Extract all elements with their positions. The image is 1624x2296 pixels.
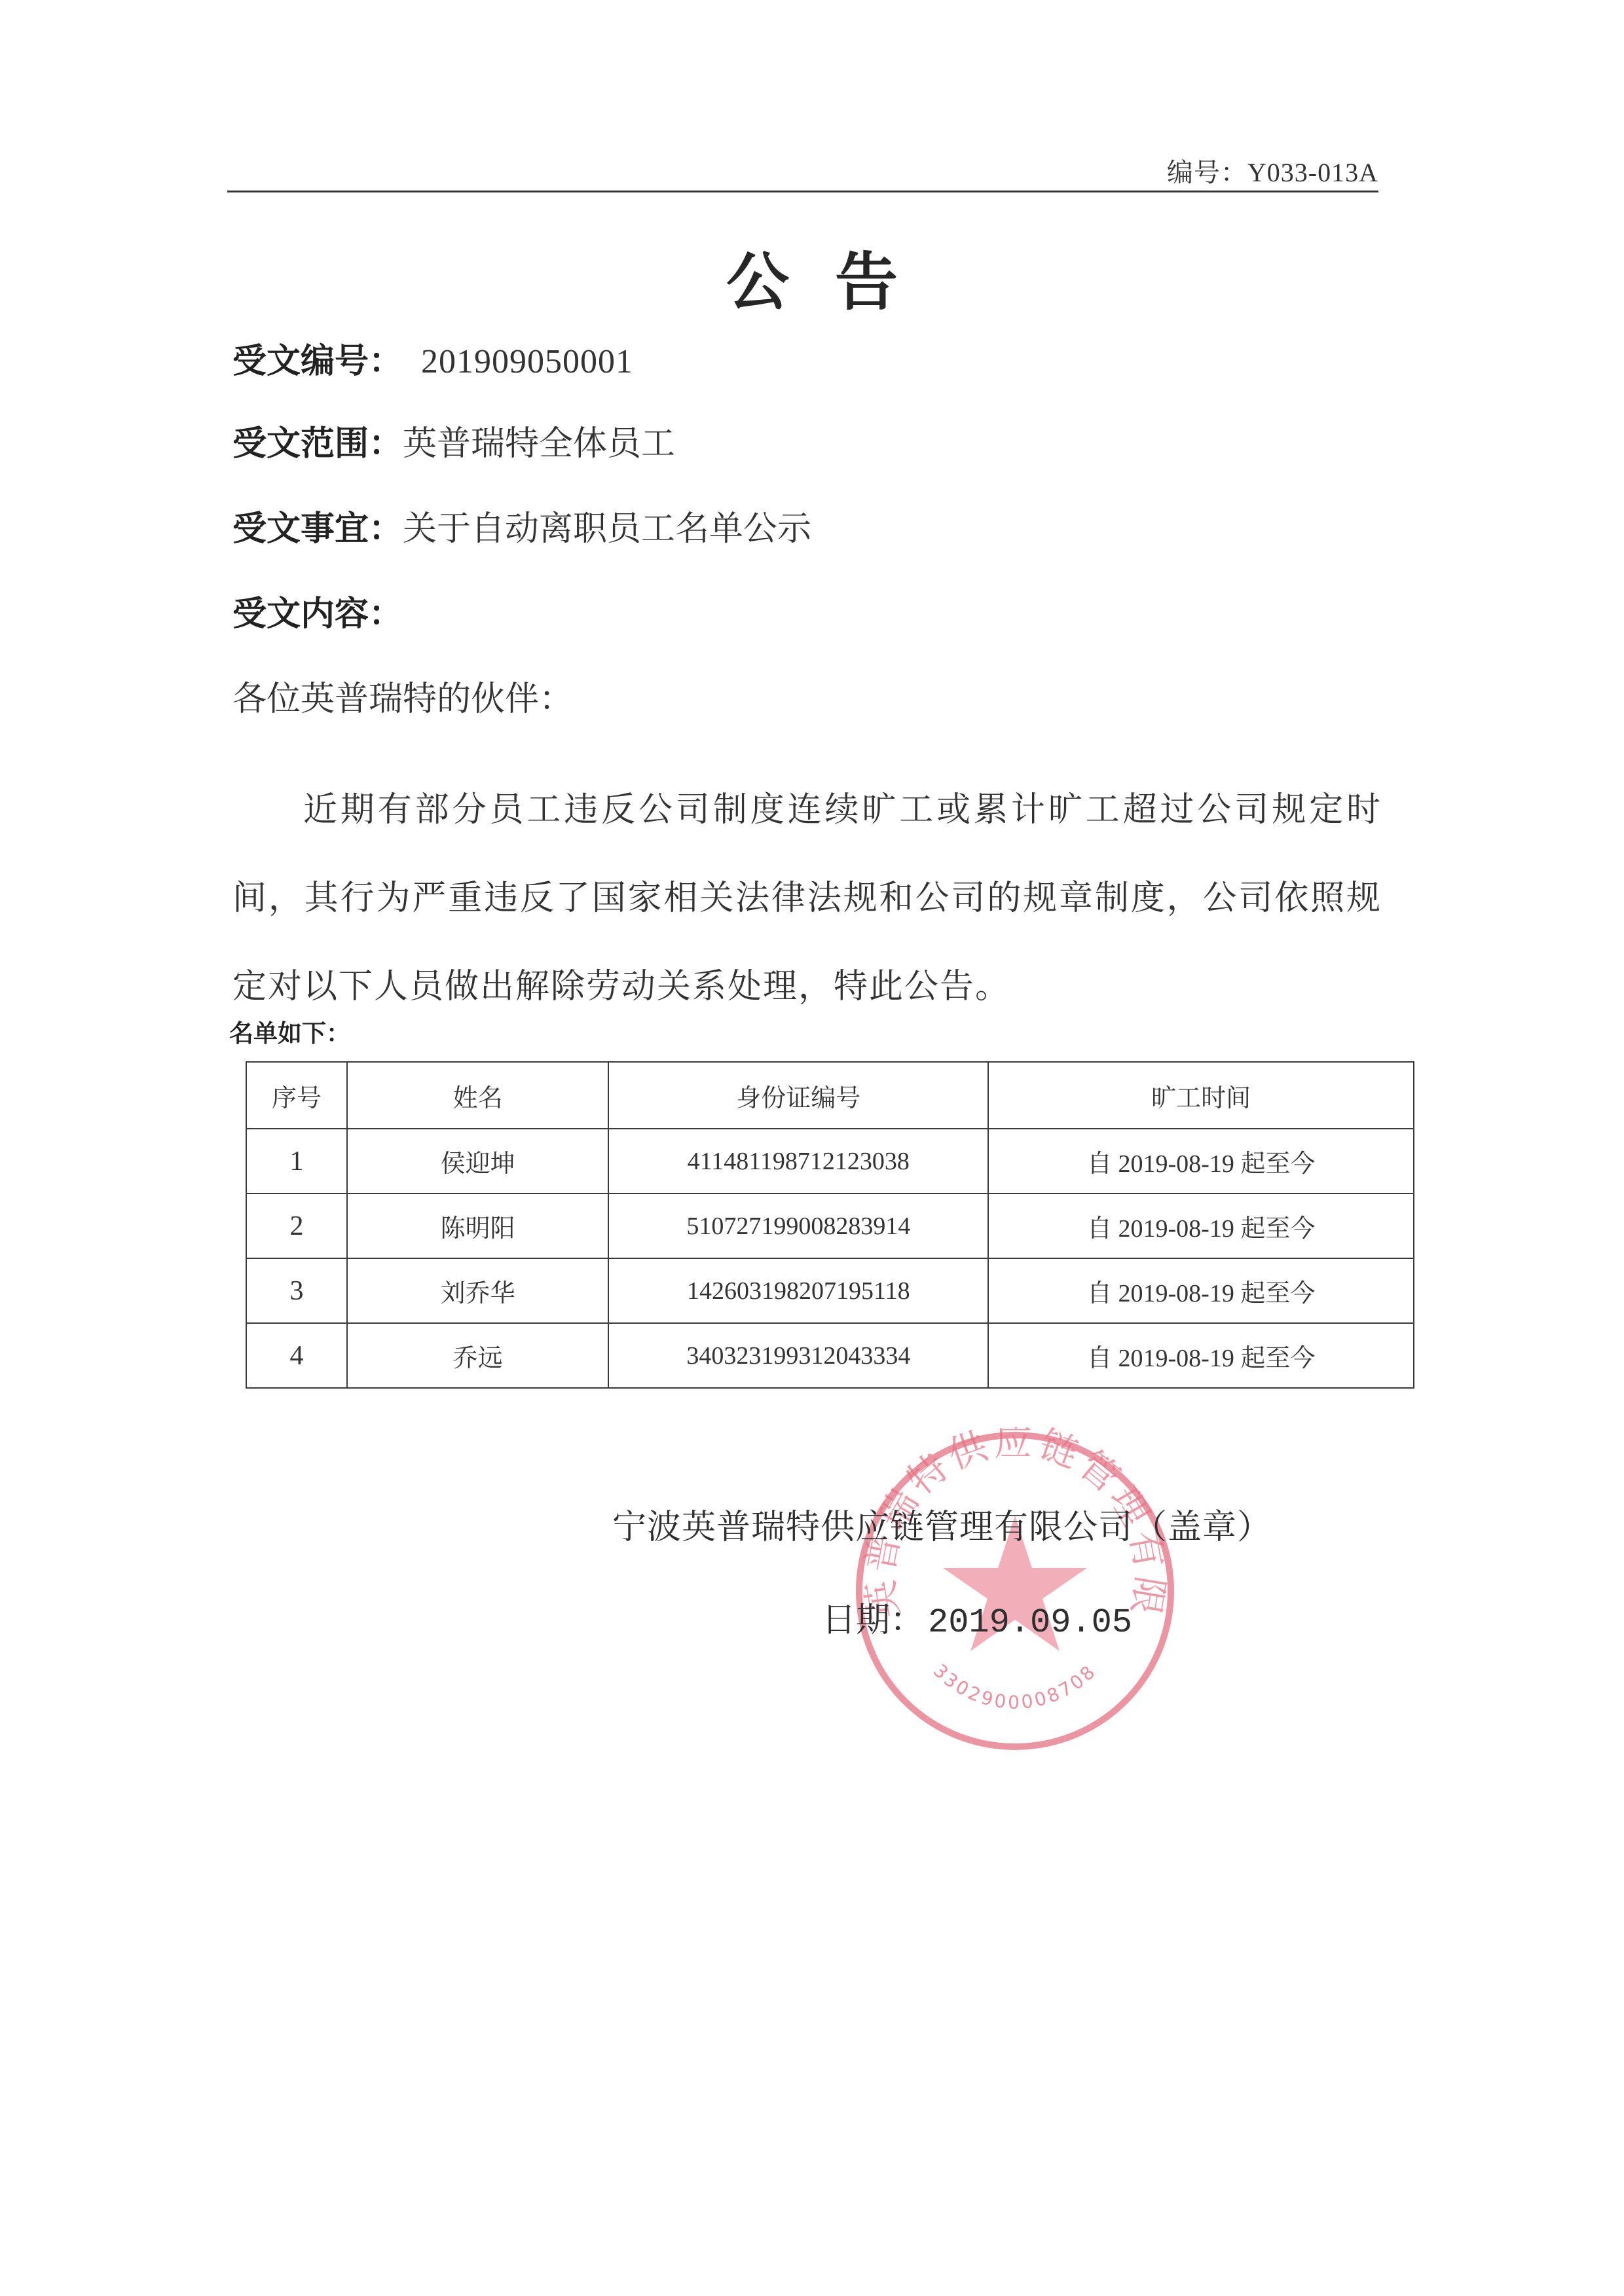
cell-index: 1 xyxy=(246,1129,347,1194)
cell-index: 4 xyxy=(246,1323,347,1388)
table-row: 1 侯迎坤 411481198712123038 自 2019-08-19 起至… xyxy=(246,1129,1414,1194)
field-value: 关于自动离职员工名单公示 xyxy=(403,509,811,549)
table-header-row: 序号 姓名 身份证编号 旷工时间 xyxy=(246,1062,1414,1129)
field-content: 受文内容： xyxy=(232,594,403,634)
company-seal: 宁波英普瑞特供应链管理有限公司 3302900008708 xyxy=(851,1427,1179,1755)
cell-name: 乔远 xyxy=(347,1323,608,1388)
table-row: 3 刘乔华 142603198207195118 自 2019-08-19 起至… xyxy=(246,1258,1414,1323)
cell-id-number: 510727199008283914 xyxy=(608,1194,988,1258)
cell-index: 3 xyxy=(246,1258,347,1323)
field-receipt-number: 受文编号：201909050001 xyxy=(232,342,633,382)
cell-id-number: 340323199312043334 xyxy=(608,1323,988,1388)
page-title: 公告 xyxy=(0,232,1624,322)
salutation: 各位英普瑞特的伙伴： xyxy=(232,680,573,719)
field-value: 201909050001 xyxy=(421,343,633,380)
signature-date: 日期：2019.09.05 xyxy=(822,1592,1132,1642)
date-value: 2019.09.05 xyxy=(928,1603,1132,1642)
list-title: 名单如下： xyxy=(229,1013,350,1049)
header-divider xyxy=(227,191,1378,192)
column-header-name: 姓名 xyxy=(347,1062,608,1129)
seal-icon: 宁波英普瑞特供应链管理有限公司 3302900008708 xyxy=(851,1427,1179,1755)
field-scope: 受文范围：英普瑞特全体员工 xyxy=(232,424,675,464)
cell-absence-period: 自 2019-08-19 起至今 xyxy=(988,1258,1414,1323)
body-paragraph: 近期有部分员工违反公司制度连续旷工或累计旷工超过公司规定时间，其行为严重违反了国… xyxy=(232,766,1382,1031)
document-number: 编号：Y033-013A xyxy=(1167,152,1378,189)
cell-absence-period: 自 2019-08-19 起至今 xyxy=(988,1194,1414,1258)
date-label: 日期： xyxy=(822,1601,924,1640)
cell-name: 陈明阳 xyxy=(347,1194,608,1258)
document-number-label: 编号： xyxy=(1167,158,1247,187)
field-label: 受文编号： xyxy=(232,342,403,381)
seal-code: 3302900008708 xyxy=(929,1660,1101,1713)
document-number-value: Y033-013A xyxy=(1247,158,1378,187)
column-header-absence-period: 旷工时间 xyxy=(988,1062,1414,1129)
table-row: 4 乔远 340323199312043334 自 2019-08-19 起至今 xyxy=(246,1323,1414,1388)
cell-name: 刘乔华 xyxy=(347,1258,608,1323)
cell-index: 2 xyxy=(246,1194,347,1258)
field-value: 英普瑞特全体员工 xyxy=(403,424,675,464)
cell-absence-period: 自 2019-08-19 起至今 xyxy=(988,1129,1414,1194)
table-row: 2 陈明阳 510727199008283914 自 2019-08-19 起至… xyxy=(246,1194,1414,1258)
field-label: 受文内容： xyxy=(232,594,403,634)
column-header-index: 序号 xyxy=(246,1062,347,1129)
column-header-id-number: 身份证编号 xyxy=(608,1062,988,1129)
cell-id-number: 411481198712123038 xyxy=(608,1129,988,1194)
cell-name: 侯迎坤 xyxy=(347,1129,608,1194)
field-label: 受文事宜： xyxy=(232,509,403,549)
cell-absence-period: 自 2019-08-19 起至今 xyxy=(988,1323,1414,1388)
company-signature: 宁波英普瑞特供应链管理有限公司（盖章） xyxy=(612,1499,1272,1548)
cell-id-number: 142603198207195118 xyxy=(608,1258,988,1323)
employee-table: 序号 姓名 身份证编号 旷工时间 1 侯迎坤 41148119871212303… xyxy=(246,1061,1414,1389)
field-label: 受文范围： xyxy=(232,424,403,464)
field-subject: 受文事宜：关于自动离职员工名单公示 xyxy=(232,509,811,549)
